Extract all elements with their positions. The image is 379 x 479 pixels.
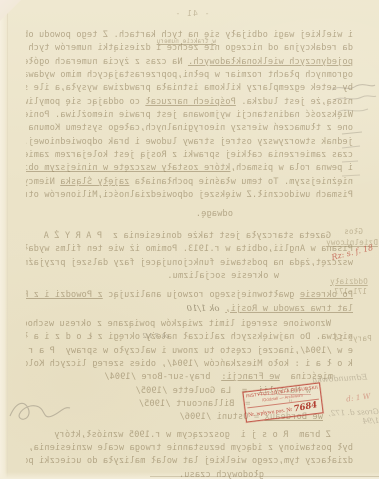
typewritten-line: w okresie socjalizmu.	[26, 270, 353, 283]
pencil-scribble	[328, 80, 378, 125]
scanned-document-page: - 41 - w trakcie numeru ok 3 1/2 i wielk…	[0, 0, 379, 479]
typewritten-line: jednak stworzywszy ostrej strawy ludowe …	[26, 136, 353, 149]
page-corner-fold	[0, 0, 26, 26]
address-line: mieścina we Francji: bray-sur-Bore /1904…	[26, 371, 353, 384]
typewritten-line: Wznowione szeregi limit związków powiąza…	[26, 318, 353, 331]
typewritten-line: odwagę.	[26, 208, 353, 221]
margin-label: 171-177	[334, 287, 367, 296]
stamp-number-label: Nr. wpływu pos. Nr	[248, 406, 293, 419]
typewritten-line: Z bram R o s j i goszczącym w r.1905 wzn…	[26, 429, 353, 442]
pencil-inline-note: ok 3 1/2	[142, 332, 169, 340]
interline-insertion: w trakcie numeru	[157, 38, 216, 45]
typewritten-line: by setek egzemplarzy kilkoma istniała pr…	[26, 82, 353, 95]
typewritten-line: niężniejszym. To temu właśnie pochłaniał…	[26, 176, 353, 189]
typewritten-line: działaczy tym,czego wielkiej lat wolał m…	[26, 455, 353, 468]
typewritten-line: Większość nadinstancji wyjmowana jest pr…	[26, 109, 353, 122]
typewritten-heading-line: Po okresie gwałtowniejszego rozwoju anal…	[26, 289, 353, 302]
typewritten-line: e w /1904/,inaczej często tu znowu i wal…	[26, 345, 353, 358]
typewritten-line: i pewna rola w pismach,które zostały wsz…	[26, 162, 353, 175]
cursive-bleedthrough-note: Edmundówka	[312, 373, 368, 385]
stamp-handwritten-number: 7684	[294, 401, 319, 413]
page-number: - 41 -	[168, 9, 216, 18]
cursive-bleedthrough-note: Grosz d. 172, 1/94	[316, 407, 379, 427]
typewritten-line: wszczęt,żąda na podstawie funkcjonującej…	[26, 257, 353, 270]
red-margin-mark: d: 1 W	[345, 391, 371, 403]
typewritten-line: głodowych czasu.	[26, 469, 353, 479]
typewritten-line: Pismach uwidocznił.Z większej odpowiedzi…	[26, 189, 353, 202]
pencil-scribble	[6, 392, 74, 428]
typewritten-line: był postawiony z idącym bezustannie trwo…	[26, 442, 353, 455]
typewritten-line: nictwa. Do największych zaliczał należy …	[26, 331, 353, 344]
typewritten-line: czas zamierzenia całkiej sprawki z Rosją…	[26, 149, 353, 162]
typewritten-heading-line: lat trwa zawodu w Rosji, ok 1/10	[26, 303, 353, 316]
typewritten-line: Pisana w Anglii,odbita w r.1913. Pomimo …	[26, 243, 353, 256]
margin-label: Głos	[344, 227, 363, 236]
typewritten-line: one z tłumaczeń wierszy nieoryginalnych,…	[26, 122, 353, 135]
typewritten-line: k o ł a i : koło Mieszkańców /1904/, obi…	[26, 358, 353, 371]
typewritten-line: Gazeta starczyła jest także doniesienia …	[26, 230, 353, 243]
margin-label: Paryż 14	[334, 334, 372, 343]
typewritten-line: pojedynczych wielkonakładowych. Na czas …	[26, 56, 353, 69]
typewritten-line: niosą,że jest ludzka. Pośpiech narzucał …	[26, 96, 353, 109]
margin-label: Oddziały	[330, 277, 368, 286]
pencil-margin-marks	[336, 128, 372, 188]
typewritten-line: ogromnych płacht rozmiar w pełni,poprzer…	[26, 69, 353, 82]
